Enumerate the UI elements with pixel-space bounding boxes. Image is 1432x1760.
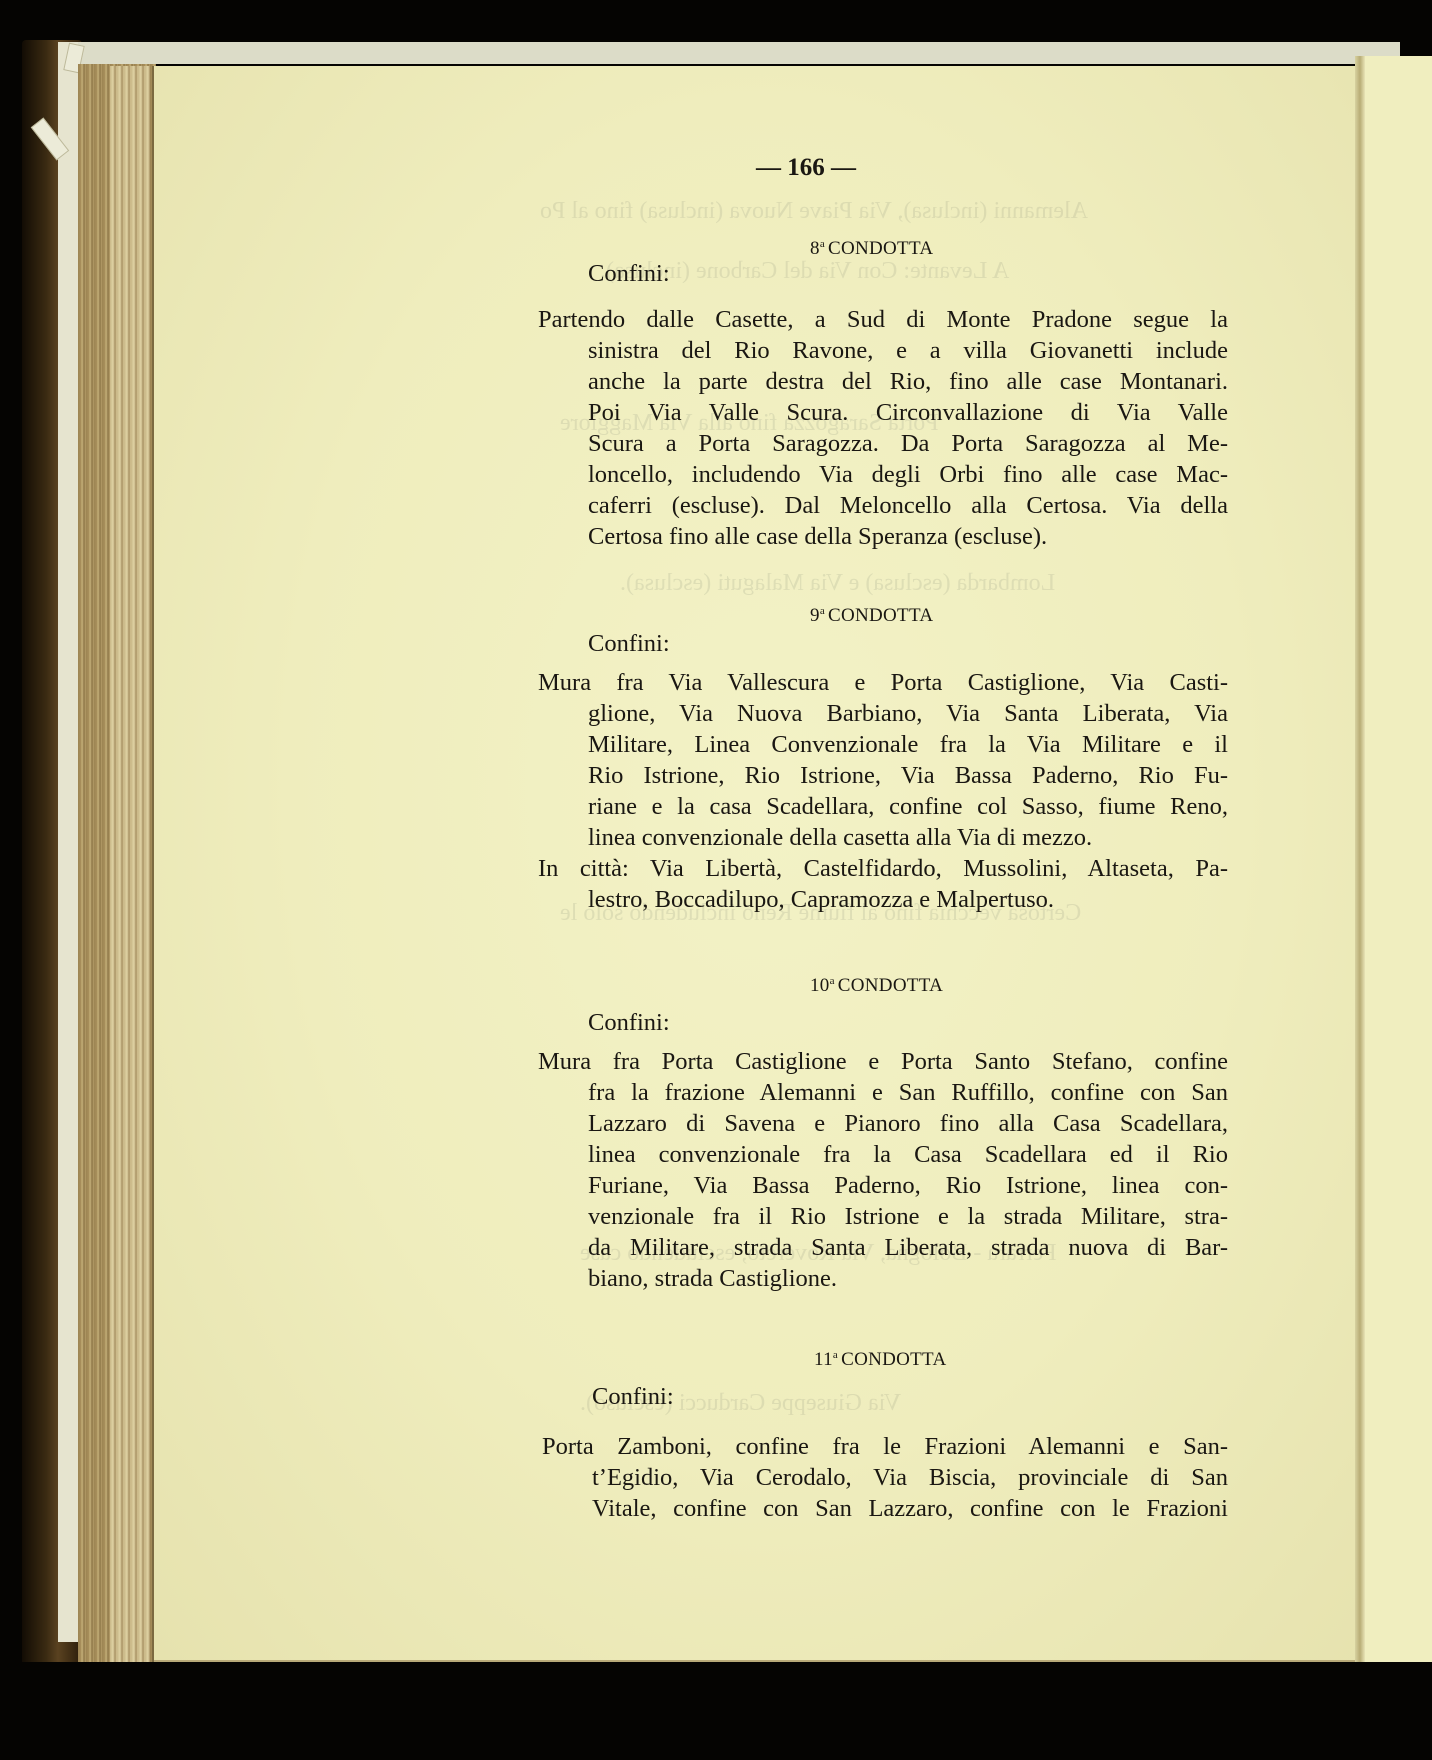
text-line: anche la parte destra del Rio, fino alle… xyxy=(588,367,1228,397)
text-line: t’Egidio, Via Cerodalo, Via Biscia, prov… xyxy=(592,1463,1228,1493)
text-line: Mura fra Porta Castiglione e Porta Santo… xyxy=(538,1047,1228,1077)
text-line: Porta Zamboni, confine fra le Frazioni A… xyxy=(542,1432,1228,1462)
text-line: Furiane, Via Bassa Paderno, Rio Istrione… xyxy=(588,1171,1228,1201)
show-through-text: Alemanni (inclusa), Via Piave Nuova (inc… xyxy=(540,198,1088,225)
text-line: sinistra del Rio Ravone, e a villa Giova… xyxy=(588,336,1228,366)
book-gutter xyxy=(1355,56,1365,1662)
text-line: Militare, Linea Convenzionale fra la Via… xyxy=(588,730,1228,760)
text-line: venzionale fra il Rio Istrione e la stra… xyxy=(588,1202,1228,1232)
section-heading-11: 11aCONDOTTA xyxy=(814,1340,946,1375)
section-label: Confini: xyxy=(592,1382,674,1412)
text-line: loncello, includendo Via degli Orbi fino… xyxy=(588,460,1228,490)
page-number: — 166 — xyxy=(756,153,856,183)
background-bottom xyxy=(0,1662,1432,1760)
text-line: Scura a Porta Saragozza. Da Porta Sarago… xyxy=(588,429,1228,459)
text-line: In città: Via Libertà, Castelfidardo, Mu… xyxy=(538,854,1228,884)
section-label: Confini: xyxy=(588,259,670,289)
text-line: linea convenzionale della casetta alla V… xyxy=(588,823,1092,853)
text-line: biano, strada Castiglione. xyxy=(588,1264,837,1294)
text-line: glione, Via Nuova Barbiano, Via Santa Li… xyxy=(588,699,1228,729)
facing-page-edge xyxy=(1365,56,1432,1662)
text-line: da Militare, strada Santa Liberata, stra… xyxy=(588,1233,1228,1263)
text-line: fra la frazione Alemanni e San Ruffillo,… xyxy=(588,1078,1228,1108)
section-label: Confini: xyxy=(588,1008,670,1038)
section-heading-8: 8aCONDOTTA xyxy=(810,229,933,264)
text-line: caferri (escluse). Dal Meloncello alla C… xyxy=(588,491,1228,521)
show-through-text: Lombarda (esclusa) e Via Malaguti (esclu… xyxy=(620,570,1055,597)
text-line: Rio Istrione, Rio Istrione, Via Bassa Pa… xyxy=(588,761,1228,791)
section-label: Confini: xyxy=(588,629,670,659)
endpaper-top xyxy=(60,42,1400,64)
text-line: linea convenzionale fra la Casa Scadella… xyxy=(588,1140,1228,1170)
text-line: Mura fra Via Vallescura e Porta Castigli… xyxy=(538,668,1228,698)
text-line: Lazzaro di Savena e Pianoro fino alla Ca… xyxy=(588,1109,1228,1139)
endpaper-left xyxy=(58,42,78,1642)
text-line: Poi Via Valle Scura. Circonvallazione di… xyxy=(588,398,1228,428)
page-stack-edge-inner xyxy=(110,66,150,1662)
text-line: Vitale, confine con San Lazzaro, confine… xyxy=(592,1494,1228,1524)
text-line: Partendo dalle Casette, a Sud di Monte P… xyxy=(538,305,1228,335)
text-line: riane e la casa Scadellara, confine col … xyxy=(588,792,1228,822)
text-line: Certosa fino alle case della Speranza (e… xyxy=(588,522,1047,552)
section-heading-10: 10aCONDOTTA xyxy=(810,966,943,1001)
section-heading-9: 9aCONDOTTA xyxy=(810,596,933,631)
text-line: lestro, Boccadilupo, Capramozza e Malper… xyxy=(588,885,1054,915)
